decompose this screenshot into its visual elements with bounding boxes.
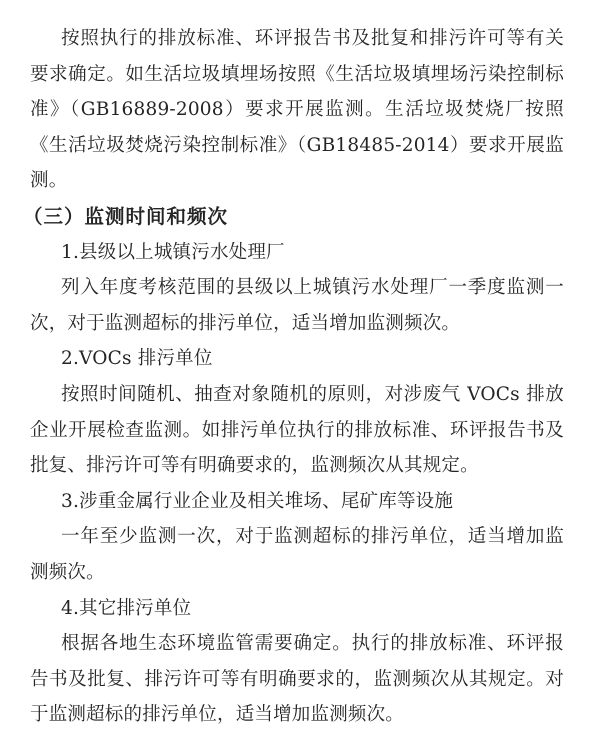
document-page: 按照执行的排放标准、环评报告书及批复和排污许可等有关要求确定。如生活垃圾填埋场按… — [0, 0, 592, 737]
body-paragraph: 3.涉重金属行业企业及相关堆场、尾矿库等设施 — [30, 484, 564, 520]
body-paragraph: 4.其它排污单位 — [30, 591, 564, 627]
body-paragraph: 一年至少监测一次，对于监测超标的排污单位，适当增加监测频次。 — [30, 519, 564, 590]
body-paragraph: 根据各地生态环境监管需要确定。执行的排放标准、环评报告书及批复、排污许可等有明确… — [30, 626, 564, 733]
body-paragraph: 1.县级以上城镇污水处理厂 — [30, 235, 564, 271]
body-paragraph: 按照时间随机、抽查对象随机的原则，对涉废气 VOCs 排放企业开展检查监测。如排… — [30, 377, 564, 484]
body-paragraph: 列入年度考核范围的县级以上城镇污水处理厂一季度监测一次，对于监测超标的排污单位，… — [30, 270, 564, 341]
body-paragraph: 按照执行的排放标准、环评报告书及批复和排污许可等有关要求确定。如生活垃圾填埋场按… — [30, 21, 564, 199]
body-paragraph: 2.VOCs 排污单位 — [30, 341, 564, 377]
section-heading: （三）监测时间和频次 — [23, 199, 564, 235]
document-content: 按照执行的排放标准、环评报告书及批复和排污许可等有关要求确定。如生活垃圾填埋场按… — [30, 21, 564, 733]
